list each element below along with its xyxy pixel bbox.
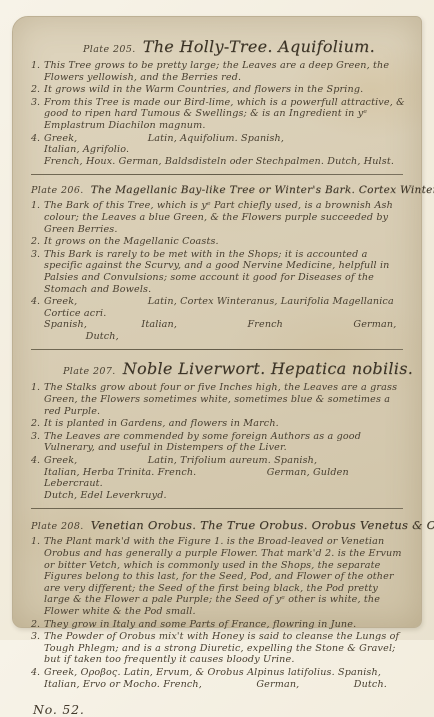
item-number: 2. xyxy=(31,418,44,430)
item-number: 1. xyxy=(31,60,44,72)
plate-section-205: Plate 205. The Holly-Tree. Aquifolium. 1… xyxy=(31,37,405,167)
item-text: Greek, Latin, Aquifolium. Spanish, Itali… xyxy=(44,133,405,168)
herbal-page: Plate 205. The Holly-Tree. Aquifolium. 1… xyxy=(12,16,422,628)
plate-number: Plate 205. xyxy=(83,44,136,55)
item-number: 4. xyxy=(31,296,44,308)
plate-section-206: Plate 206. The Magellanic Bay-like Tree … xyxy=(31,184,405,342)
section-heading: Plate 205. The Holly-Tree. Aquifolium. xyxy=(31,37,405,56)
list-item: 1. This Tree grows to be pretty large; t… xyxy=(31,60,405,83)
section-title: The Holly-Tree. Aquifolium. xyxy=(143,37,375,56)
item-number: 3. xyxy=(31,631,44,640)
item-text: The Plant mark'd with the Figure 1. is t… xyxy=(44,536,405,617)
list-item: 1. The Bark of this Tree, which is yᵉ Pa… xyxy=(31,200,405,235)
item-text: The Leaves are commended by some foreign… xyxy=(44,431,405,454)
item-text: The Bark of this Tree, which is yᵉ Part … xyxy=(44,200,405,235)
section-heading: Plate 206. The Magellanic Bay-like Tree … xyxy=(31,184,405,196)
list-item: 3. The Leaves are commended by some fore… xyxy=(31,431,405,454)
section-title: Venetian Orobus. The True Orobus. Orobus… xyxy=(91,518,434,532)
section-heading: Plate 207. Noble Liverwort. Hepatica nob… xyxy=(31,359,405,378)
section-items: 1. This Tree grows to be pretty large; t… xyxy=(31,60,405,167)
plate-section-207: Plate 207. Noble Liverwort. Hepatica nob… xyxy=(31,359,405,501)
item-number: 2. xyxy=(31,619,44,631)
item-text: Greek, Latin, Trifolium aureum. Spanish,… xyxy=(44,455,405,501)
plate-section-208: Plate 208. Venetian Orobus. The True Oro… xyxy=(31,518,405,640)
section-title: The Magellanic Bay-like Tree or Winter's… xyxy=(91,184,434,196)
section-divider xyxy=(31,508,403,509)
item-text: From this Tree is made our Bird-lime, wh… xyxy=(44,97,405,132)
section-divider xyxy=(31,349,403,350)
list-item: 2. They grow in Italy and some Parts of … xyxy=(31,619,405,631)
item-number: 1. xyxy=(31,200,44,212)
item-number: 3. xyxy=(31,431,44,443)
plate-number: Plate 208. xyxy=(31,521,84,532)
plate-number: Plate 206. xyxy=(31,185,84,196)
plate-number: Plate 207. xyxy=(63,366,116,377)
section-title: Noble Liverwort. Hepatica nobilis. xyxy=(123,359,413,378)
list-item: 1. The Stalks grow about four or five In… xyxy=(31,382,405,417)
item-text: The Stalks grow about four or five Inche… xyxy=(44,382,405,417)
list-item: 3. The Powder of Orobus mix't with Honey… xyxy=(31,631,405,640)
list-item: 3. This Bark is rarely to be met with in… xyxy=(31,249,405,295)
item-number: 2. xyxy=(31,84,44,96)
list-item: 4. Greek, Latin, Cortex Winteranus, Laur… xyxy=(31,296,405,342)
item-text: This Tree grows to be pretty large; the … xyxy=(44,60,405,83)
list-item: 4. Greek, Latin, Trifolium aureum. Spani… xyxy=(31,455,405,501)
item-number: 3. xyxy=(31,97,44,109)
section-items: 1. The Bark of this Tree, which is yᵉ Pa… xyxy=(31,200,405,342)
section-items: 1. The Plant mark'd with the Figure 1. i… xyxy=(31,536,405,640)
item-number: 1. xyxy=(31,536,44,548)
item-number: 1. xyxy=(31,382,44,394)
item-text: It is planted in Gardens, and flowers in… xyxy=(44,418,405,430)
list-item: 2. It is planted in Gardens, and flowers… xyxy=(31,418,405,430)
list-item: 2. It grows on the Magellanic Coasts. xyxy=(31,236,405,248)
section-divider xyxy=(31,174,403,175)
item-text: They grow in Italy and some Parts of Fra… xyxy=(44,619,405,631)
item-text: The Powder of Orobus mix't with Honey is… xyxy=(44,631,405,640)
item-text: It grows wild in the Warm Countries, and… xyxy=(44,84,405,96)
item-text: It grows on the Magellanic Coasts. xyxy=(44,236,405,248)
item-text: Greek, Latin, Cortex Winteranus, Laurifo… xyxy=(44,296,405,342)
item-text: This Bark is rarely to be met with in th… xyxy=(44,249,405,295)
item-number: 4. xyxy=(31,455,44,467)
section-heading: Plate 208. Venetian Orobus. The True Oro… xyxy=(31,518,405,532)
list-item: 3. From this Tree is made our Bird-lime,… xyxy=(31,97,405,132)
item-number: 4. xyxy=(31,133,44,145)
item-number: 3. xyxy=(31,249,44,261)
list-item: 1. The Plant mark'd with the Figure 1. i… xyxy=(31,536,405,617)
item-number: 2. xyxy=(31,236,44,248)
list-item: 2. It grows wild in the Warm Countries, … xyxy=(31,84,405,96)
section-items: 1. The Stalks grow about four or five In… xyxy=(31,382,405,501)
list-item: 4. Greek, Latin, Aquifolium. Spanish, It… xyxy=(31,133,405,168)
